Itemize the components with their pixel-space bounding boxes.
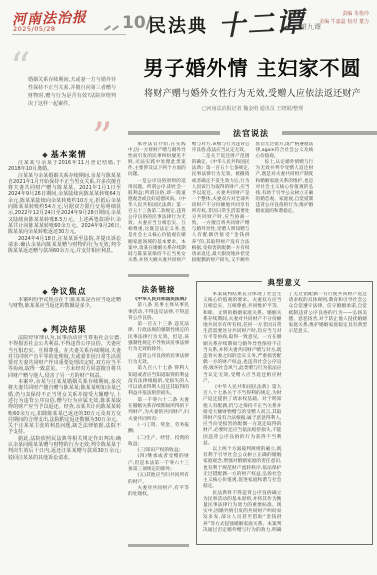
paragraph: 2024年4月18日,汪某某诉至法院,并提出诉讼请求:确认余某向陈某某赠与财物的…	[8, 236, 121, 255]
credit-line-1: 责编 朱艳玲	[319, 10, 369, 18]
paragraph: 综上,认定婚外情赠与行为无效并判令受赠人返还财产,既是对夫妻共同财产制度和婚姻家…	[256, 160, 314, 215]
law-links-body: 《中华人民共和国民法典》 第八条 民事主体从事民事活动,不得违反法律,不得违背公…	[128, 297, 189, 540]
paragraph: 承办法官介绍,在实践中,因一方将财产赠与婚外异性而引发的民事纠纷屡见不鲜,司法实…	[128, 142, 186, 179]
judge-says-body: 承办法官介绍,在实践中,因一方将财产赠与婚外异性而引发的民事纠纷屡见不鲜,司法实…	[128, 142, 377, 269]
header-chevron-icon	[112, 25, 119, 31]
dispute-focus-body: 本案纠纷争议焦点在于:陈某某是否应当返还赠与财物,陈某某应当返还的数额是多少。	[8, 297, 121, 321]
lede-quote-text: 婚姻关系存续期间,夫或妻一方与婚外异性保持不正当关系,并擅自向第三者赠与财物时,…	[28, 76, 116, 108]
paragraph: 第八条 民事主体从事民事活动,不得违反法律,不得违背公序良俗。	[128, 303, 189, 322]
paragraph: 夫妻对共同财产,有平等的处理权。	[128, 486, 189, 499]
credit-line-2: 美编 牛嘉蕊 校对 董力	[319, 18, 369, 26]
headline-title: 男子婚外情 主妇家不圆	[128, 52, 377, 81]
paragraph: 本案裁判结果充分体现了社会主义核心价值观的要求。夫妻双方应当互相忠实、互相尊重,…	[203, 292, 282, 385]
section-rule-left	[128, 131, 220, 135]
editor-credits: 责编 朱艳玲 美编 牛嘉蕊 校对 董力	[319, 10, 369, 26]
paragraph: 第一百五十三条 违反法律、行政法规的强制性规定的民事法律行为无效。但是,该强制性…	[128, 322, 189, 353]
section-rule-right	[282, 131, 377, 135]
paragraph: 本案纠纷争议焦点在于:陈某某是否应当返还赠与财物,陈某某应当返还的数额是多少。	[8, 297, 121, 310]
column-name: 民法典	[148, 12, 208, 38]
section-header-dispute-focus: ◆争议焦点	[8, 286, 121, 297]
newspaper-page: 河南法治报 2025/05/28 10/ 民法典 十二谭 第九谭 责编 朱艳玲 …	[0, 0, 377, 575]
section-title: 争议焦点	[51, 287, 87, 296]
header-chevron-icon	[104, 25, 111, 31]
section-title: 判决结果	[51, 325, 87, 334]
section-header-judgment: ◆判决结果	[8, 324, 121, 335]
paragraph: 第九百八十七条 得利人知道或者应当知道取得的利益没有法律根据的,受损失的人可以请…	[128, 366, 189, 397]
paragraph: 据此,法院依照民法典等相关规定作出判决:确认余某向陈某某赠与财物的行为无效;判令…	[8, 436, 121, 461]
paragraph: 汪某某与余某婚姻关系存续期间,余某与陈某某自2021年1月开始保持不正当男女关系…	[8, 173, 121, 236]
section-header-law-links: 法条链接	[128, 284, 189, 295]
byline: □河南法治报记者 魏金明 通讯员 王晓娟/整理	[128, 105, 377, 112]
issue-label: 第九谭	[300, 22, 321, 32]
paragraph: 法院经审理认为,民事活动应当尊重社会公德,不得损害社会公共利益,不得违背公序良俗…	[8, 335, 121, 379]
paragraph: 《中华人民共和国民法典》第九百八十七条关于不当得利的规定,为财产返还提供了请求权…	[203, 385, 282, 447]
law-links-rule-bottom	[128, 544, 189, 547]
section-header-judge-says: 法官说法	[222, 128, 280, 139]
section-bullet-icon: ◆	[42, 326, 48, 334]
paragraph: 汪某某与余某于2016年11月登记结婚,于2018年10月离婚。	[8, 160, 121, 173]
judgment-body: 法院经审理认为,民事活动应当尊重社会公德,不得损害社会公共利益,不得违背公序良俗…	[8, 335, 121, 544]
issue-date: 2025/05/28	[13, 25, 55, 33]
significance-body: 本案裁判结果充分体现了社会主义核心价值观的要求。夫妻双方应当互相忠实、互相尊重,…	[203, 292, 367, 538]
section-bullet-icon: ◆	[42, 288, 48, 296]
paragraph: 本案中,余某与汪某某婚姻关系存续期间,多次将夫妻共同财产擅自赠与陈某某;陈某某明…	[8, 379, 121, 436]
paragraph: (五)其他应当归共同所有的财产。	[128, 473, 189, 486]
law-links-rule-top	[128, 274, 189, 277]
section-title: 典型意义	[262, 278, 308, 287]
headline-subtitle: 将财产赠与婚外女性行为无效,受赠人应依法返还财产	[128, 86, 377, 99]
paragraph: 违背公序良俗的民事法律行为无效。	[128, 354, 189, 367]
paragraph: 第一千零六十二条 夫妻在婚姻关系存续期间所得的下列财产,为夫妻的共同财产,归夫妻…	[128, 398, 189, 423]
paragraph: (二)生产、经营、投资的收益;	[128, 436, 189, 449]
paragraph: (四)继承或者受赠的财产,但是本法第一千零六十三条第三项规定的除外;	[128, 454, 189, 473]
basic-facts-body: 汪某某与余某于2016年11月登记结婚,于2018年10月离婚。 汪某某与余某婚…	[8, 160, 121, 283]
section-header-basic-facts: ◆基本案情	[8, 149, 121, 160]
masthead-rule	[12, 34, 126, 35]
section-header-significance: 典型意义	[196, 277, 373, 288]
paragraph: (一)工资、奖金、劳务报酬;	[128, 423, 189, 436]
paragraph: 以上两个方面裁判规则的确立,既有利于引导社会公众树立正确的婚姻家庭观念,增强对婚…	[203, 447, 282, 490]
section-bullet-icon: ◆	[42, 151, 48, 159]
column-script-title: 十二谭	[217, 0, 306, 43]
section-title: 基本案情	[51, 150, 87, 159]
